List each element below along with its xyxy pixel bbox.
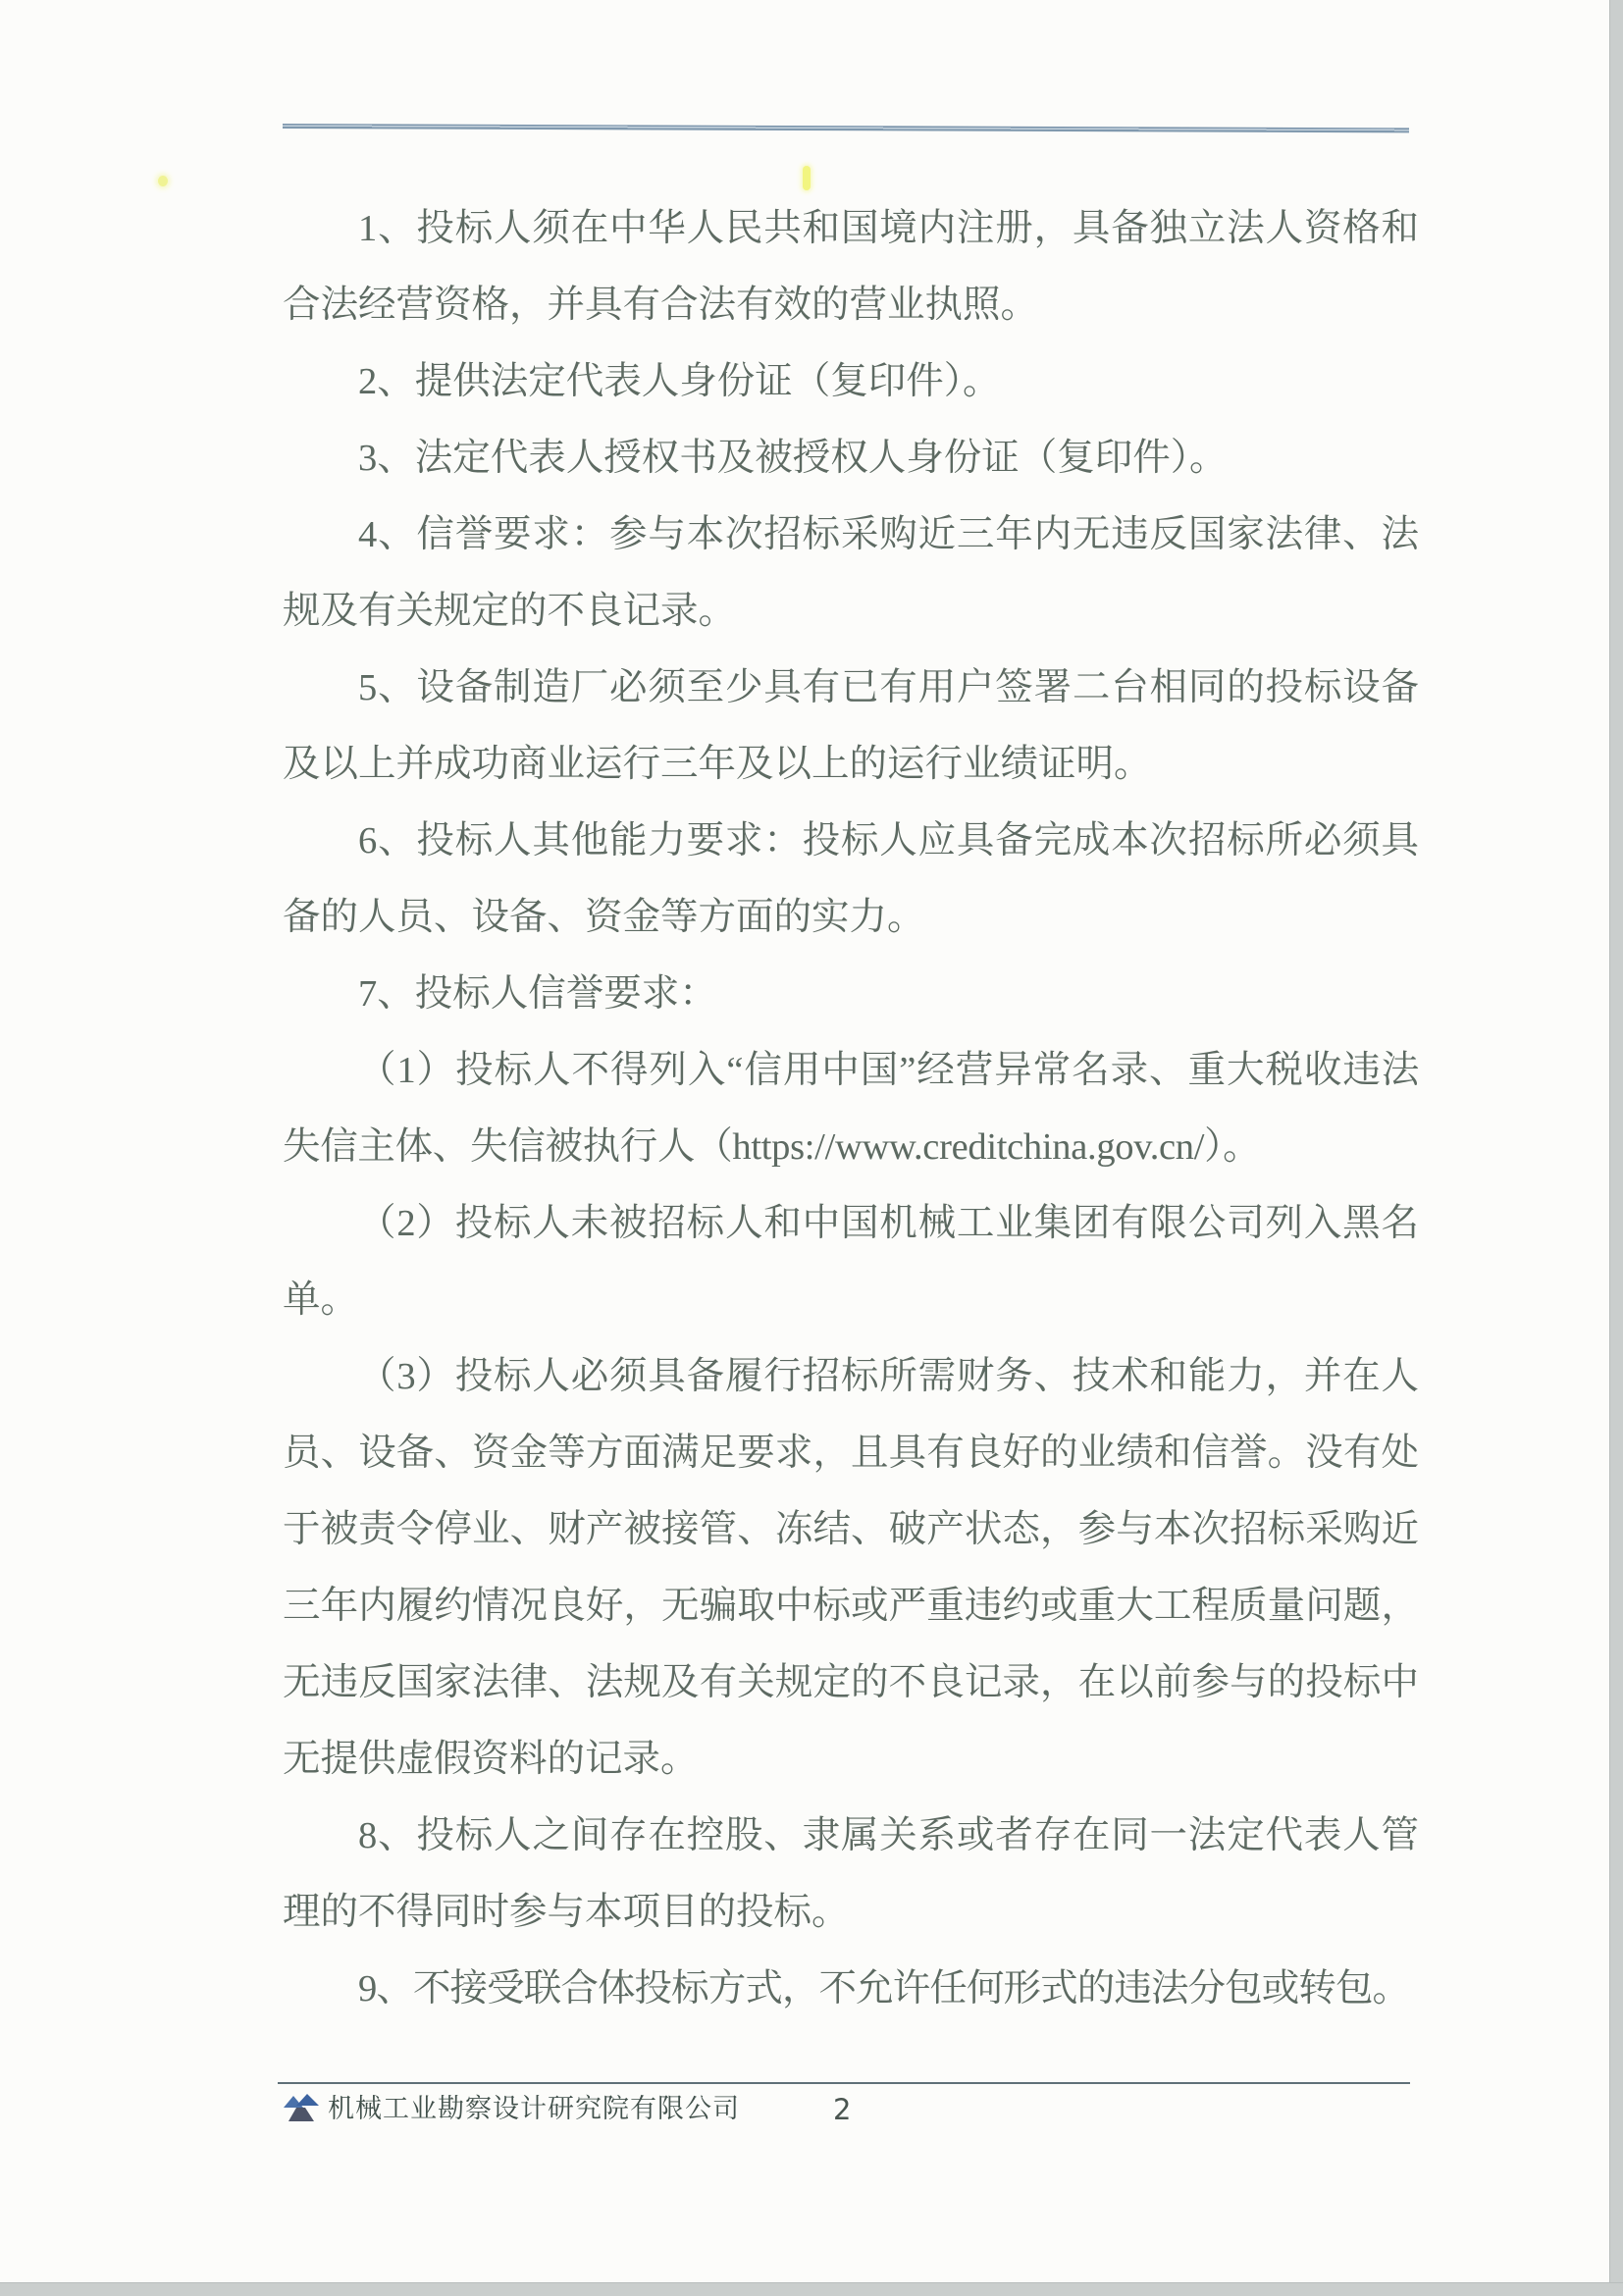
paragraph-3: 3、法定代表人授权书及被授权人身份证（复印件）。	[283, 420, 1419, 496]
company-mountain-logo-icon	[283, 2093, 320, 2123]
body-text: 1、投标人须在中华人民共和国境内注册，具备独立法人资格和合法经营资格，并具有合法…	[283, 190, 1419, 2027]
scan-artifact-dot	[158, 176, 168, 186]
paragraph-5: 5、设备制造厂必须至少具有已有用户签署二台相同的投标设备及以上并成功商业运行三年…	[283, 650, 1419, 803]
paragraph-8-sub2: （2）投标人未被招标人和中国机械工业集团有限公司列入黑名单。	[283, 1185, 1419, 1338]
header-rule	[283, 124, 1409, 132]
paragraph-6: 6、投标人其他能力要求：投标人应具备完成本次招标所必须具备的人员、设备、资金等方…	[283, 803, 1419, 956]
footer-company-name: 机械工业勘察设计研究院有限公司	[328, 2093, 740, 2124]
paragraph-1: 1、投标人须在中华人民共和国境内注册，具备独立法人资格和合法经营资格，并具有合法…	[283, 190, 1419, 343]
paragraph-8-sub1: （1）投标人不得列入“信用中国”经营异常名录、重大税收违法失信主体、失信被执行人…	[283, 1032, 1419, 1185]
scan-artifact-dash	[803, 166, 811, 190]
paragraph-4: 4、信誉要求：参与本次招标采购近三年内无违反国家法律、法规及有关规定的不良记录。	[283, 496, 1419, 650]
paragraph-2: 2、提供法定代表人身份证（复印件）。	[283, 343, 1419, 420]
paragraph-8-sub3: （3）投标人必须具备履行招标所需财务、技术和能力，并在人员、设备、资金等方面满足…	[283, 1338, 1419, 1798]
paragraph-7: 7、投标人信誉要求：	[283, 956, 1419, 1032]
scan-edge-right	[1609, 0, 1623, 2296]
page-number: 2	[833, 2094, 851, 2125]
paragraph-10: 9、不接受联合体投标方式，不允许任何形式的违法分包或转包。	[283, 1951, 1419, 2027]
footer-rule	[278, 2082, 1410, 2084]
paragraph-9: 8、投标人之间存在控股、隶属关系或者存在同一法定代表人管理的不得同时参与本项目的…	[283, 1798, 1419, 1951]
document-page: 1、投标人须在中华人民共和国境内注册，具备独立法人资格和合法经营资格，并具有合法…	[0, 0, 1623, 2296]
scan-edge-bottom	[0, 2282, 1623, 2296]
